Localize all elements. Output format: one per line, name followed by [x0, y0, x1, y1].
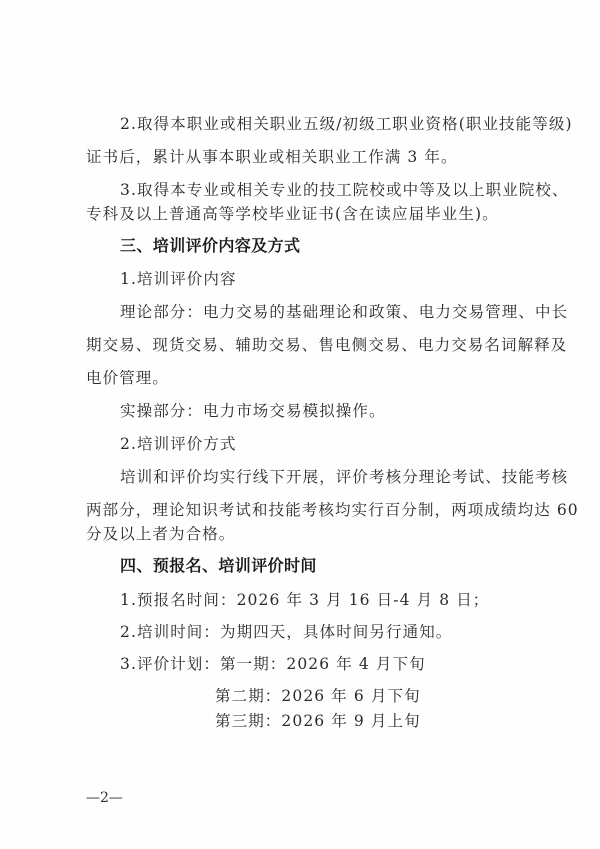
paragraph-line: 理论部分：电力交易的基础理论和政策、电力交易管理、中长: [120, 302, 580, 322]
page-number: —2—: [86, 790, 123, 806]
paragraph-line: 专科及以上普通高等学校毕业证书(含在读应届毕业生)。: [86, 204, 546, 224]
paragraph-line: 期交易、现货交易、辅助交易、售电侧交易、电力交易名词解释及: [86, 335, 546, 355]
subsection-title: 2.培训评价方式: [120, 434, 580, 454]
paragraph-line: 分及以上者为合格。: [86, 524, 546, 544]
section-heading-3: 三、培训评价内容及方式: [120, 236, 580, 256]
section-heading-4: 四、预报名、培训评价时间: [120, 556, 580, 576]
list-subitem: 第三期：2026 年 9 月上旬: [215, 711, 600, 731]
list-item: 3.评价计划：第一期：2026 年 4 月下旬: [120, 654, 580, 674]
subsection-title: 1.培训评价内容: [120, 269, 580, 289]
list-item: 2.培训时间：为期四天，具体时间另行通知。: [120, 622, 580, 642]
paragraph-line: 电价管理。: [86, 368, 546, 388]
list-item: 1.预报名时间：2026 年 3 月 16 日-4 月 8 日；: [120, 590, 580, 610]
paragraph-line: 3.取得本专业或相关专业的技工院校或中等及以上职业院校、: [120, 180, 580, 200]
paragraph-line: 证书后，累计从事本职业或相关职业工作满 3 年。: [86, 147, 546, 167]
paragraph-line: 培训和评价均实行线下开展，评价考核分理论考试、技能考核: [120, 467, 580, 487]
paragraph-line: 2.取得本职业或相关职业五级/初级工职业资格(职业技能等级): [120, 114, 580, 134]
paragraph-line: 实操部分：电力市场交易模拟操作。: [120, 401, 580, 421]
list-subitem: 第二期：2026 年 6 月下旬: [215, 686, 600, 706]
document-page: 2.取得本职业或相关职业五级/初级工职业资格(职业技能等级) 证书后，累计从事本…: [0, 0, 600, 849]
paragraph-line: 两部分，理论知识考试和技能考核均实行百分制，两项成绩均达 60: [86, 500, 546, 520]
